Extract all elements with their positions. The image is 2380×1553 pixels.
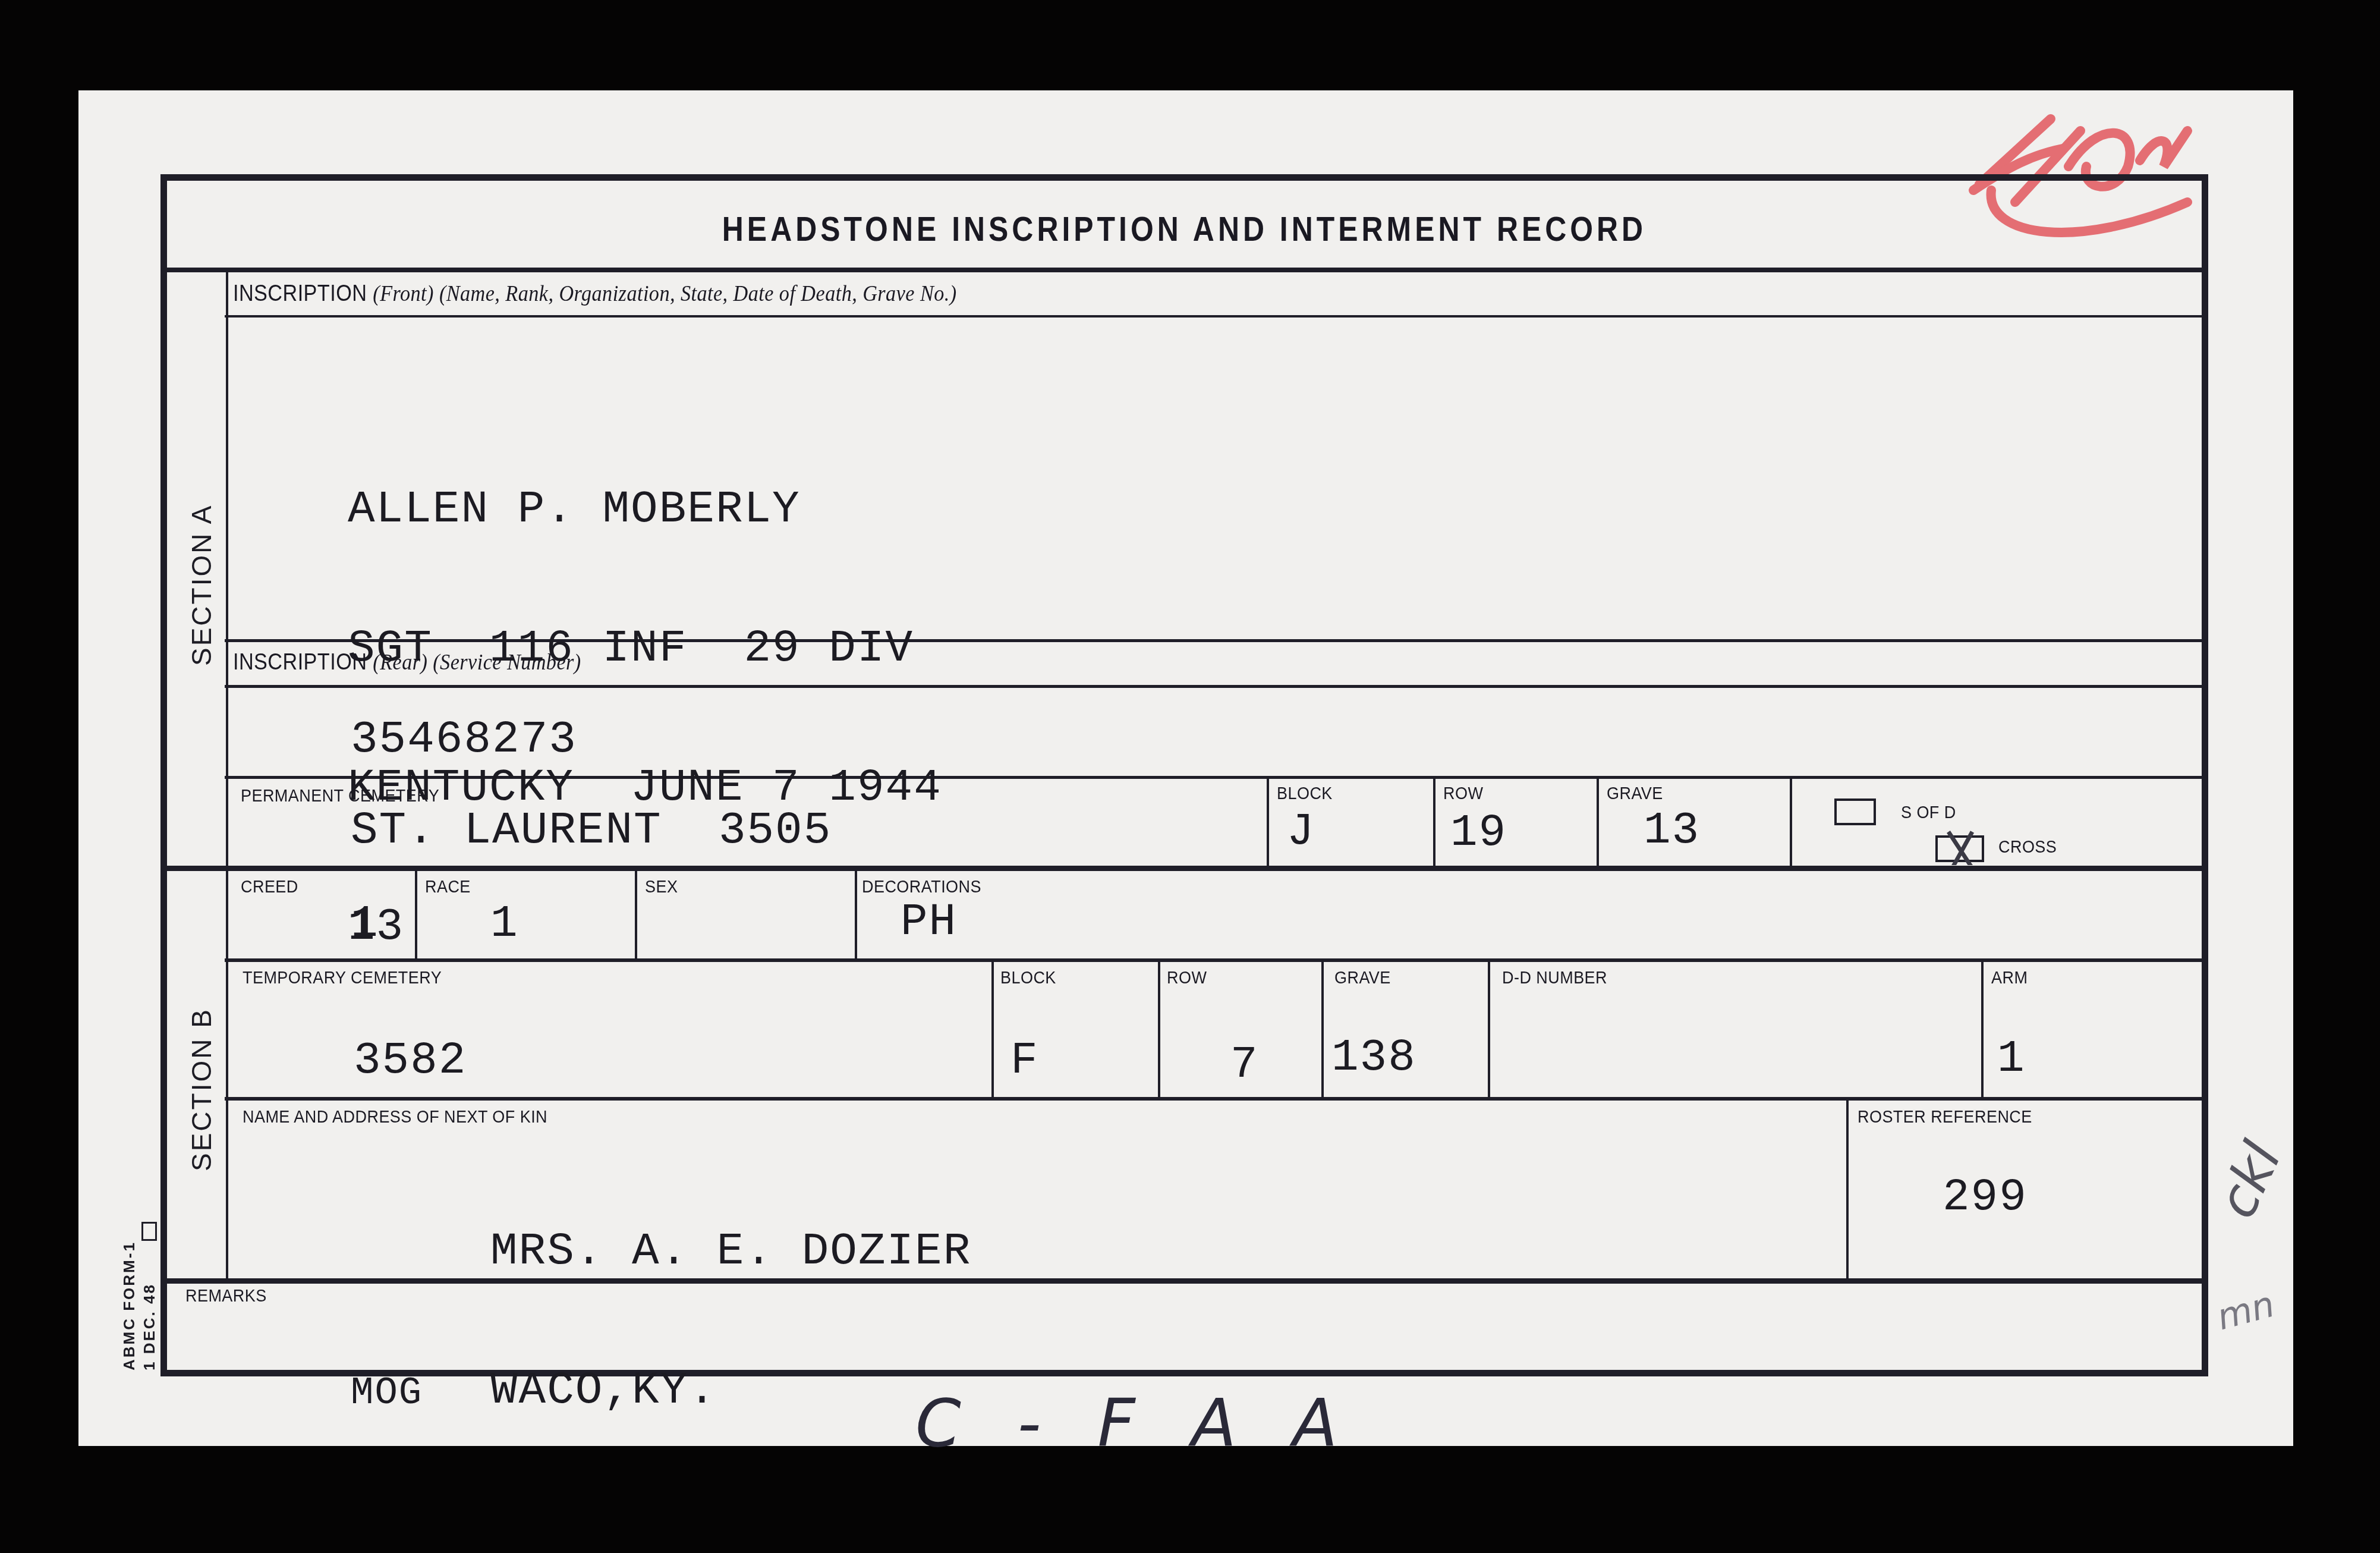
temporary-cemetery-field[interactable]: 3582	[354, 1038, 467, 1084]
creed-label: CREED	[241, 877, 298, 897]
next-of-kin-field[interactable]: MRS. A. E. DOZIER WACO,KY.	[490, 1136, 971, 1460]
remarks-field[interactable]	[238, 1308, 2199, 1367]
temporary-block-field[interactable]: F	[1010, 1038, 1039, 1084]
divider	[225, 315, 2204, 317]
temporary-grave-field[interactable]: 138	[1331, 1035, 1416, 1081]
next-of-kin-label: NAME AND ADDRESS OF NEXT OF KIN	[243, 1107, 547, 1127]
title-divider	[160, 268, 2208, 272]
arm-field[interactable]: 1	[1997, 1036, 2026, 1082]
divider	[1321, 961, 1324, 1098]
section-a-label: SECTION A	[185, 504, 218, 666]
service-number-field[interactable]: 35468273	[351, 716, 577, 763]
divider	[1981, 961, 1984, 1098]
kin-name: MRS. A. E. DOZIER	[490, 1228, 971, 1275]
cross-checkbox[interactable]	[1935, 835, 1984, 862]
section-b-label: SECTION B	[185, 1008, 218, 1171]
permanent-grave-label: GRAVE	[1607, 784, 1663, 804]
divider	[1158, 961, 1160, 1098]
margin-checkbox[interactable]	[141, 1222, 157, 1241]
temporary-row-label: ROW	[1167, 968, 1207, 988]
remarks-label: REMARKS	[185, 1286, 267, 1306]
cross-label: CROSS	[1998, 837, 2057, 857]
decorations-label: DECORATIONS	[862, 877, 981, 897]
form-identifier: ABMC FORM-1 1 DEC. 48	[119, 1241, 159, 1370]
race-label: RACE	[425, 877, 471, 897]
divider	[1267, 778, 1269, 867]
divider	[1597, 778, 1599, 867]
permanent-row-label: ROW	[1443, 784, 1483, 804]
inscription-line-grave: 13	[348, 904, 942, 950]
sofd-label: S OF D	[1901, 803, 1956, 823]
temporary-grave-label: GRAVE	[1334, 968, 1391, 988]
section-column-divider	[226, 271, 228, 1281]
race-field[interactable]: 1	[490, 901, 519, 947]
permanent-row-field[interactable]: 19	[1450, 810, 1507, 856]
inscription-front-label: INSCRIPTION (Front) (Name, Rank, Organiz…	[233, 281, 957, 307]
form-id: ABMC FORM-1	[119, 1241, 139, 1370]
roster-reference-label: ROSTER REFERENCE	[1858, 1107, 2032, 1127]
kin-address: WACO,KY.	[490, 1367, 971, 1414]
roster-reference-field[interactable]: 299	[1943, 1174, 2028, 1221]
divider	[1433, 778, 1435, 867]
divider	[991, 961, 994, 1098]
handwritten-code: C - F A A	[915, 1385, 1355, 1461]
permanent-grave-field[interactable]: 13	[1644, 807, 1700, 854]
form-title: HEADSTONE INSCRIPTION AND INTERMENT RECO…	[310, 209, 2060, 249]
decorations-field[interactable]: PH	[901, 899, 957, 945]
inscription-front-field[interactable]: ALLEN P. MOBERLY SGT 116 INF 29 DIV KENT…	[348, 394, 942, 996]
inscription-line-name: ALLEN P. MOBERLY	[348, 486, 942, 533]
typed-initials: MOG	[351, 1370, 423, 1417]
divider	[225, 1097, 2204, 1101]
form-date: 1 DEC. 48	[139, 1241, 159, 1370]
remarks-divider	[160, 1278, 2208, 1284]
check-x-icon	[1943, 829, 1987, 865]
temporary-row-field[interactable]: 7	[1230, 1042, 1259, 1088]
inscription-rear-label: INSCRIPTION (Rear) (Service Number)	[233, 649, 581, 675]
temporary-block-label: BLOCK	[1000, 968, 1056, 988]
divider	[1846, 1100, 1849, 1280]
permanent-block-field[interactable]: J	[1287, 809, 1315, 855]
divider	[1488, 961, 1490, 1098]
sex-label: SEX	[645, 877, 678, 897]
permanent-cemetery-field[interactable]: ST. LAURENT 3505	[351, 807, 832, 854]
temporary-cemetery-label: TEMPORARY CEMETERY	[243, 968, 442, 988]
permanent-cemetery-label: PERMANENT CEMETERY	[241, 786, 439, 806]
permanent-block-label: BLOCK	[1277, 784, 1333, 804]
arm-label: ARM	[1991, 968, 2028, 988]
creed-field[interactable]: 1	[351, 901, 379, 947]
sofd-checkbox[interactable]	[1834, 798, 1876, 825]
divider	[1790, 778, 1792, 867]
dd-number-label: D-D NUMBER	[1502, 968, 1607, 988]
